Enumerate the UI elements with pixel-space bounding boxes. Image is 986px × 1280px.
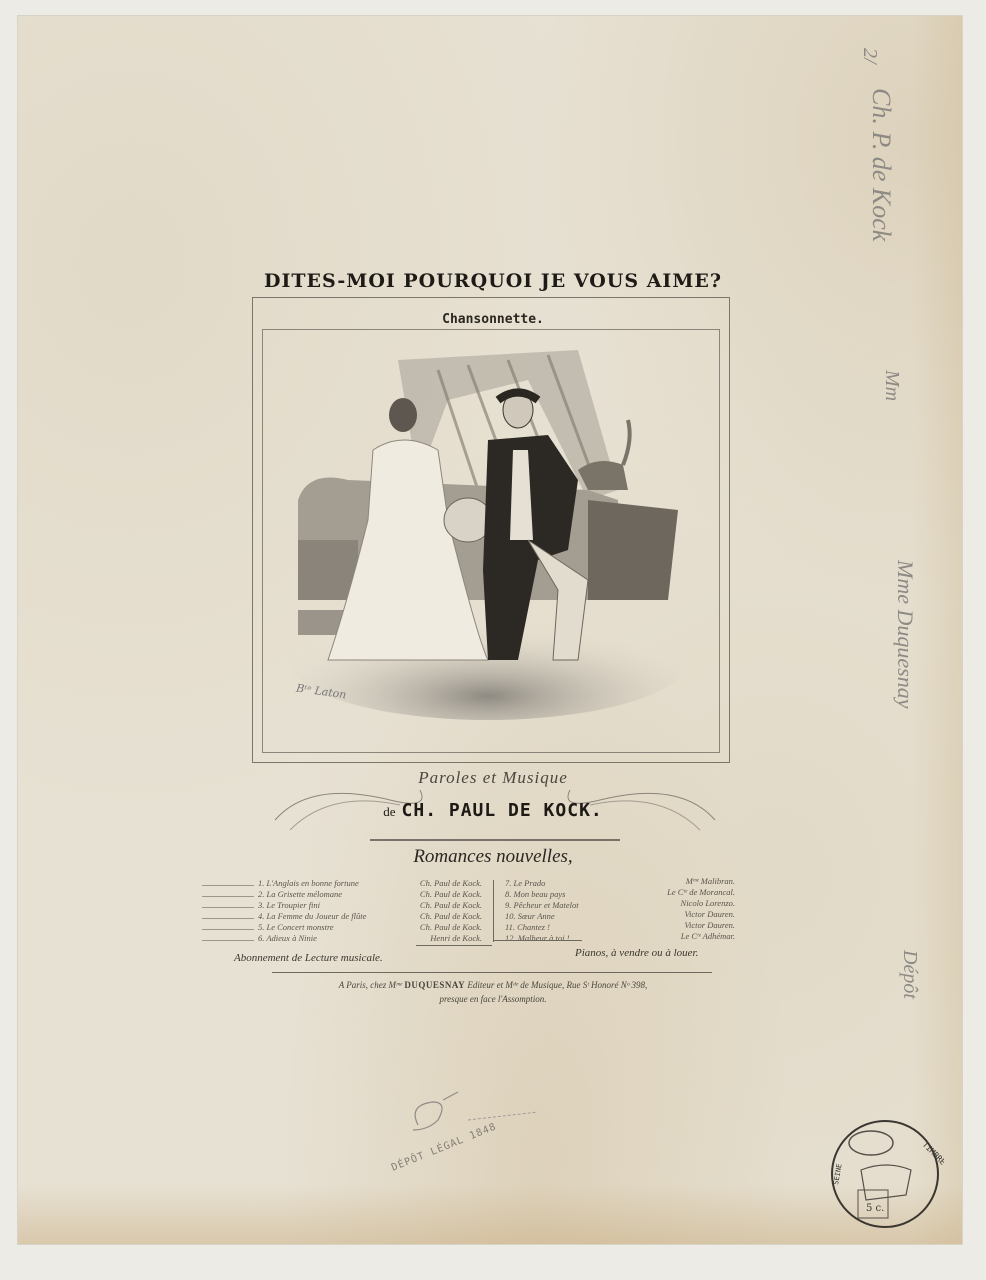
margin-note-author: Ch. P. de Kock (866, 88, 896, 241)
imprint-line-2: presque en face l'Assomption. (0, 992, 986, 1006)
list-author: Ch. Paul de Kock. (400, 900, 482, 911)
water-stain (18, 1184, 962, 1244)
list-item: 8. Mon beau pays (505, 889, 579, 900)
list-author: Victor Dauren. (610, 909, 735, 920)
rule-left (416, 945, 492, 946)
list-author: Henri de Kock. (400, 933, 482, 944)
list-item: 4. La Femme du Joueur de flûte (258, 911, 366, 922)
list-author: Le Cᵗᵉ Adhémar. (610, 931, 735, 942)
romances-right-titles: 7. Le Prado 8. Mon beau pays 9. Pêcheur … (505, 878, 579, 944)
list-author: Le Cᵗᵉ de Morancal. (610, 887, 735, 898)
margin-note-deposit: Dépôt (898, 950, 921, 999)
list-item: 12. Malheur à toi ! (505, 933, 579, 944)
list-item: 5. Le Concert monstre (258, 922, 366, 933)
library-deposit-stamp: DÉPÔT LÉGAL 1848 (378, 1090, 548, 1170)
romances-right-authors: Mᵐᵉ Malibran. Le Cᵗᵉ de Morancal. Nicolo… (610, 876, 735, 942)
list-author: Nicolo Lorenzo. (610, 898, 735, 909)
credits-script-line: Paroles et Musique (0, 768, 986, 788)
list-item: 2. La Grisette mélomane (258, 889, 366, 900)
margin-note-publisher: Mme Duquesnay (892, 560, 918, 708)
lithograph-illustration (288, 340, 688, 720)
rule-right (494, 940, 582, 941)
list-item: 1. L'Anglais en bonne fortune (258, 878, 366, 889)
publisher-imprint: A Paris, chez Mᵐᵉ DUQUESNAY Editeur et M… (0, 978, 986, 1006)
song-subtitle: Chansonnette. (0, 312, 986, 327)
column-divider (493, 880, 494, 942)
margin-note-initials: Mm (880, 370, 903, 401)
credits-prefix: de (383, 804, 395, 819)
song-title: DITES-MOI POURQUOI JE VOUS AIME? (0, 270, 986, 292)
svg-text:SEINE: SEINE (832, 1163, 844, 1185)
list-author: Ch. Paul de Kock. (400, 911, 482, 922)
margin-note-number: 2/ (858, 48, 881, 64)
imprint-line-1: A Paris, chez Mᵐᵉ DUQUESNAY Editeur et M… (0, 978, 986, 992)
author-name: CH. PAUL DE KOCK. (402, 800, 603, 821)
romances-left-authors: Ch. Paul de Kock. Ch. Paul de Kock. Ch. … (400, 878, 482, 944)
list-item: 7. Le Prado (505, 878, 579, 889)
list-item: 3. Le Troupier fini (258, 900, 366, 911)
list-author: Ch. Paul de Kock. (400, 878, 482, 889)
svg-text:TIMBRE ROYAL: TIMBRE ROYAL (921, 1140, 944, 1187)
list-item: 10. Sœur Anne (505, 911, 579, 922)
list-item: 11. Chantez ! (505, 922, 579, 933)
credits-author: deCH. PAUL DE KOCK. (0, 800, 986, 821)
music-staff-lines (202, 885, 254, 951)
royal-tax-stamp-icon: TIMBRE ROYAL SEINE 5 c. (826, 1115, 944, 1233)
svg-text:5 c.: 5 c. (866, 1203, 884, 1214)
romances-heading: Romances nouvelles, (0, 846, 986, 868)
list-item: 6. Adieux à Ninie (258, 933, 366, 944)
footer-pianos: Pianos, à vendre ou à louer. (575, 947, 698, 959)
list-author: Ch. Paul de Kock. (400, 922, 482, 933)
rule-imprint (272, 972, 712, 973)
romances-left-titles: 1. L'Anglais en bonne fortune 2. La Gris… (258, 878, 366, 944)
footer-subscription: Abonnement de Lecture musicale. (234, 952, 383, 964)
list-author: Ch. Paul de Kock. (400, 889, 482, 900)
list-item: 9. Pêcheur et Matelot (505, 900, 579, 911)
list-author: Victor Dauren. (610, 920, 735, 931)
publisher-name: DUQUESNAY (404, 980, 465, 990)
edge-stain (912, 16, 962, 1244)
list-author: Mᵐᵉ Malibran. (610, 876, 735, 887)
